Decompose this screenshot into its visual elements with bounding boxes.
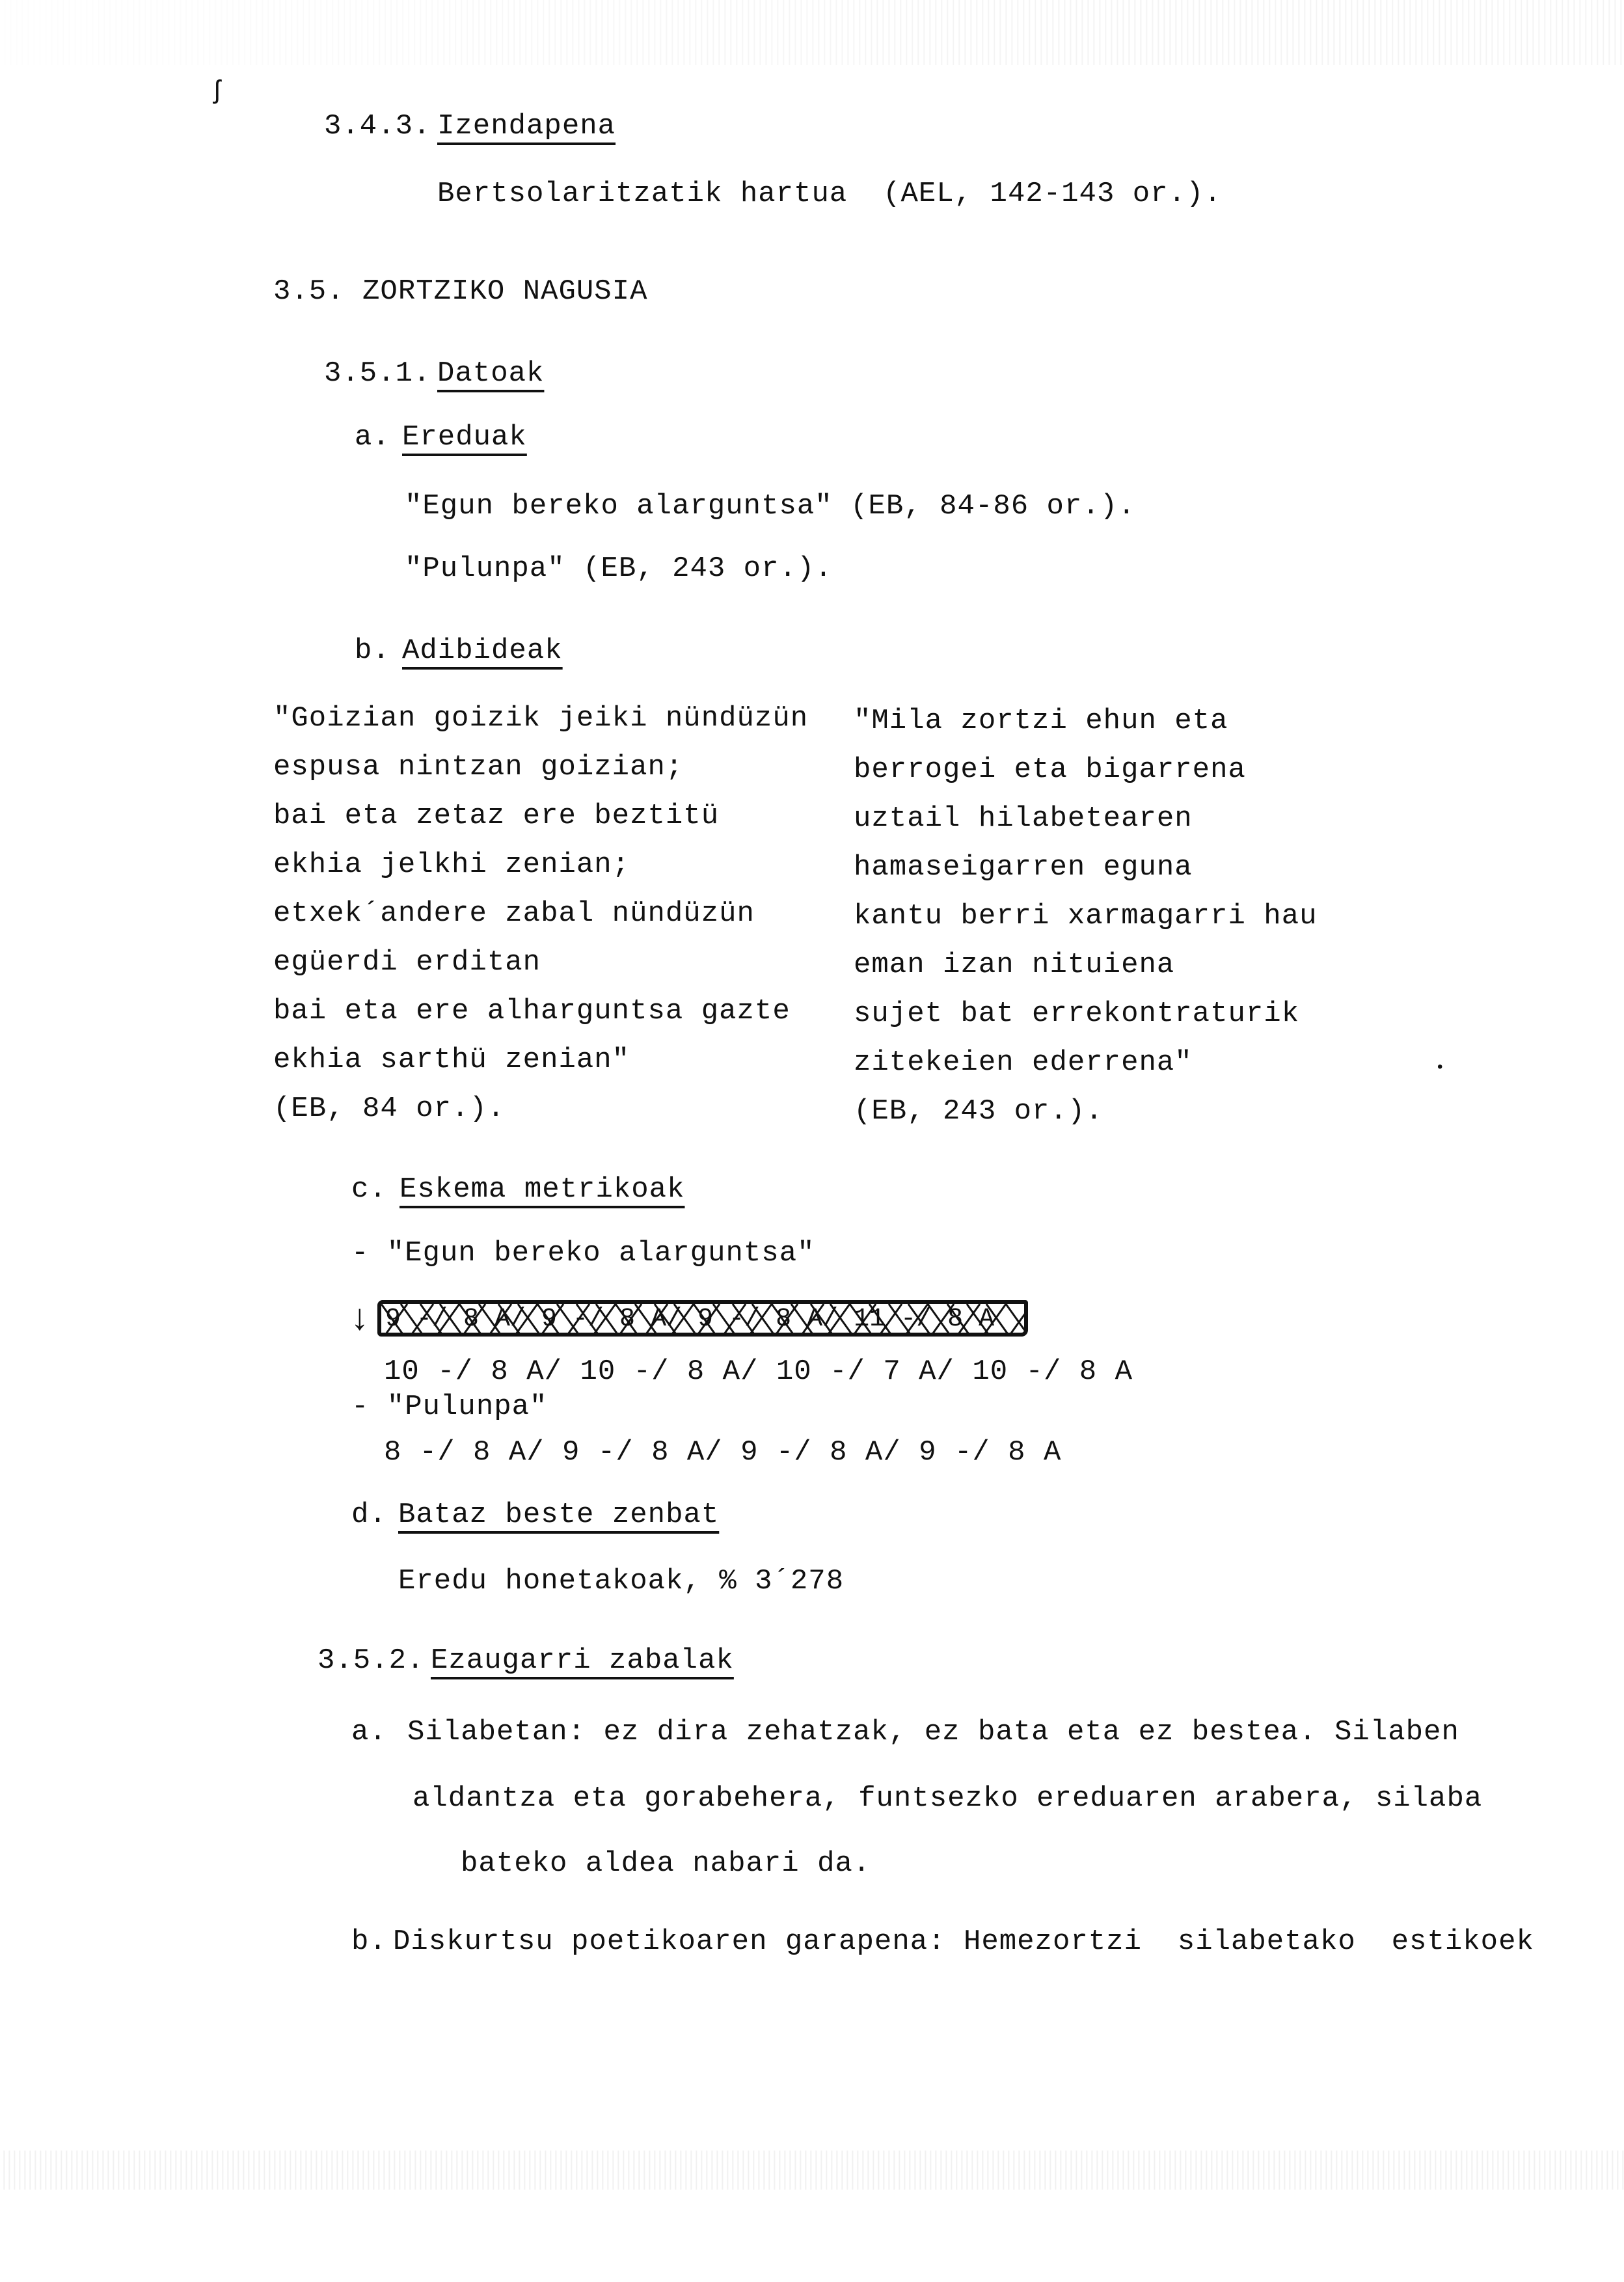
- poem-line: kantu berri xarmagarri hau: [854, 902, 1318, 930]
- model-item-1: "Egun bereko alarguntsa" (EB, 84-86 or.)…: [405, 492, 1136, 521]
- poem-line: sujet bat errekontraturik: [854, 999, 1299, 1028]
- struck-out-scheme: 9 -/ 8 A/ 9 -/ 8 A/ 9 -/ 8 A/ 11 -/ 8 A: [377, 1300, 1028, 1337]
- subsection-label-c: c.: [351, 1175, 387, 1204]
- crosshatch-icon: [381, 1304, 1028, 1337]
- poem-citation: (EB, 84 or.).: [273, 1094, 505, 1123]
- section-title-343: Izendapena: [437, 112, 616, 141]
- poem-line: eman izan nituiena: [854, 951, 1174, 979]
- scheme2-values: 8 -/ 8 A/ 9 -/ 8 A/ 9 -/ 8 A/ 9 -/ 8 A: [384, 1438, 1061, 1467]
- average-value: Eredu honetakoak, % 3´278: [398, 1567, 844, 1596]
- section-heading-35: 3.5. ZORTZIKO NAGUSIA: [273, 277, 648, 306]
- poem-line: bai eta zetaz ere beztitü: [273, 802, 719, 830]
- poem-line: uztail hilabetearen: [854, 804, 1193, 833]
- feature-a-line: aldantza eta gorabehera, funtsezko eredu…: [413, 1784, 1482, 1813]
- poem-line: "Goizian goizik jeiki nündüzün: [273, 704, 808, 733]
- subsection-label-b: b.: [355, 636, 390, 665]
- poem-line: bai eta ere alharguntsa gazte: [273, 997, 791, 1026]
- model-item-2: "Pulunpa" (EB, 243 or.).: [405, 554, 833, 583]
- section-number-352: 3.5.2.: [318, 1646, 424, 1675]
- feature-a-line: bateko aldea nabari da.: [461, 1849, 871, 1878]
- subsection-title-bataz: Bataz beste zenbat: [398, 1501, 719, 1529]
- poem-line: ekhia jelkhi zenian;: [273, 850, 630, 879]
- poem-line: etxek´andere zabal nündüzün: [273, 899, 755, 928]
- section-title-351: Datoak: [437, 359, 544, 388]
- section-body-343: Bertsolaritzatik hartua (AEL, 142-143 or…: [437, 180, 1222, 208]
- poem-line: ekhia sarthü zenian": [273, 1046, 630, 1074]
- subsection-title-eskema: Eskema metrikoak: [399, 1175, 684, 1204]
- poem-line: "Mila zortzi ehun eta: [854, 707, 1228, 735]
- scheme2-title: - "Pulunpa": [351, 1392, 547, 1421]
- poem-citation: (EB, 243 or.).: [854, 1097, 1103, 1126]
- stray-mark: •: [1435, 1061, 1444, 1076]
- subsection-label-d: d.: [351, 1501, 387, 1529]
- feature-label-a: a.: [351, 1718, 387, 1746]
- scheme1-values: 10 -/ 8 A/ 10 -/ 8 A/ 10 -/ 7 A/ 10 -/ 8…: [384, 1357, 1133, 1386]
- subsection-label-a: a.: [355, 423, 390, 452]
- poem-line: zitekeien ederrena": [854, 1048, 1193, 1077]
- poem-line: berrogei eta bigarrena: [854, 755, 1246, 784]
- feature-b-line: Diskurtsu poetikoaren garapena: Hemezort…: [393, 1927, 1534, 1956]
- scheme1-title: - "Egun bereko alarguntsa": [351, 1239, 815, 1268]
- subsection-title-adibideak: Adibideak: [402, 636, 563, 665]
- feature-label-b: b.: [351, 1927, 387, 1956]
- scan-noise-bottom: [0, 2151, 1624, 2190]
- poem-line: egüerdi erditan: [273, 948, 541, 977]
- poem-line: espusa nintzan goizian;: [273, 753, 683, 781]
- section-number-343: 3.4.3.: [324, 112, 431, 141]
- arrow-down-icon: ↓: [349, 1301, 371, 1338]
- scan-noise-top: [0, 0, 1624, 65]
- stray-mark: ʃ: [210, 79, 225, 105]
- section-number-351: 3.5.1.: [324, 359, 431, 388]
- feature-a-line: Silabetan: ez dira zehatzak, ez bata eta…: [407, 1718, 1459, 1746]
- poem-line: hamaseigarren eguna: [854, 853, 1193, 882]
- section-title-352: Ezaugarri zabalak: [431, 1646, 734, 1675]
- subsection-title-ereduak: Ereduak: [402, 423, 527, 452]
